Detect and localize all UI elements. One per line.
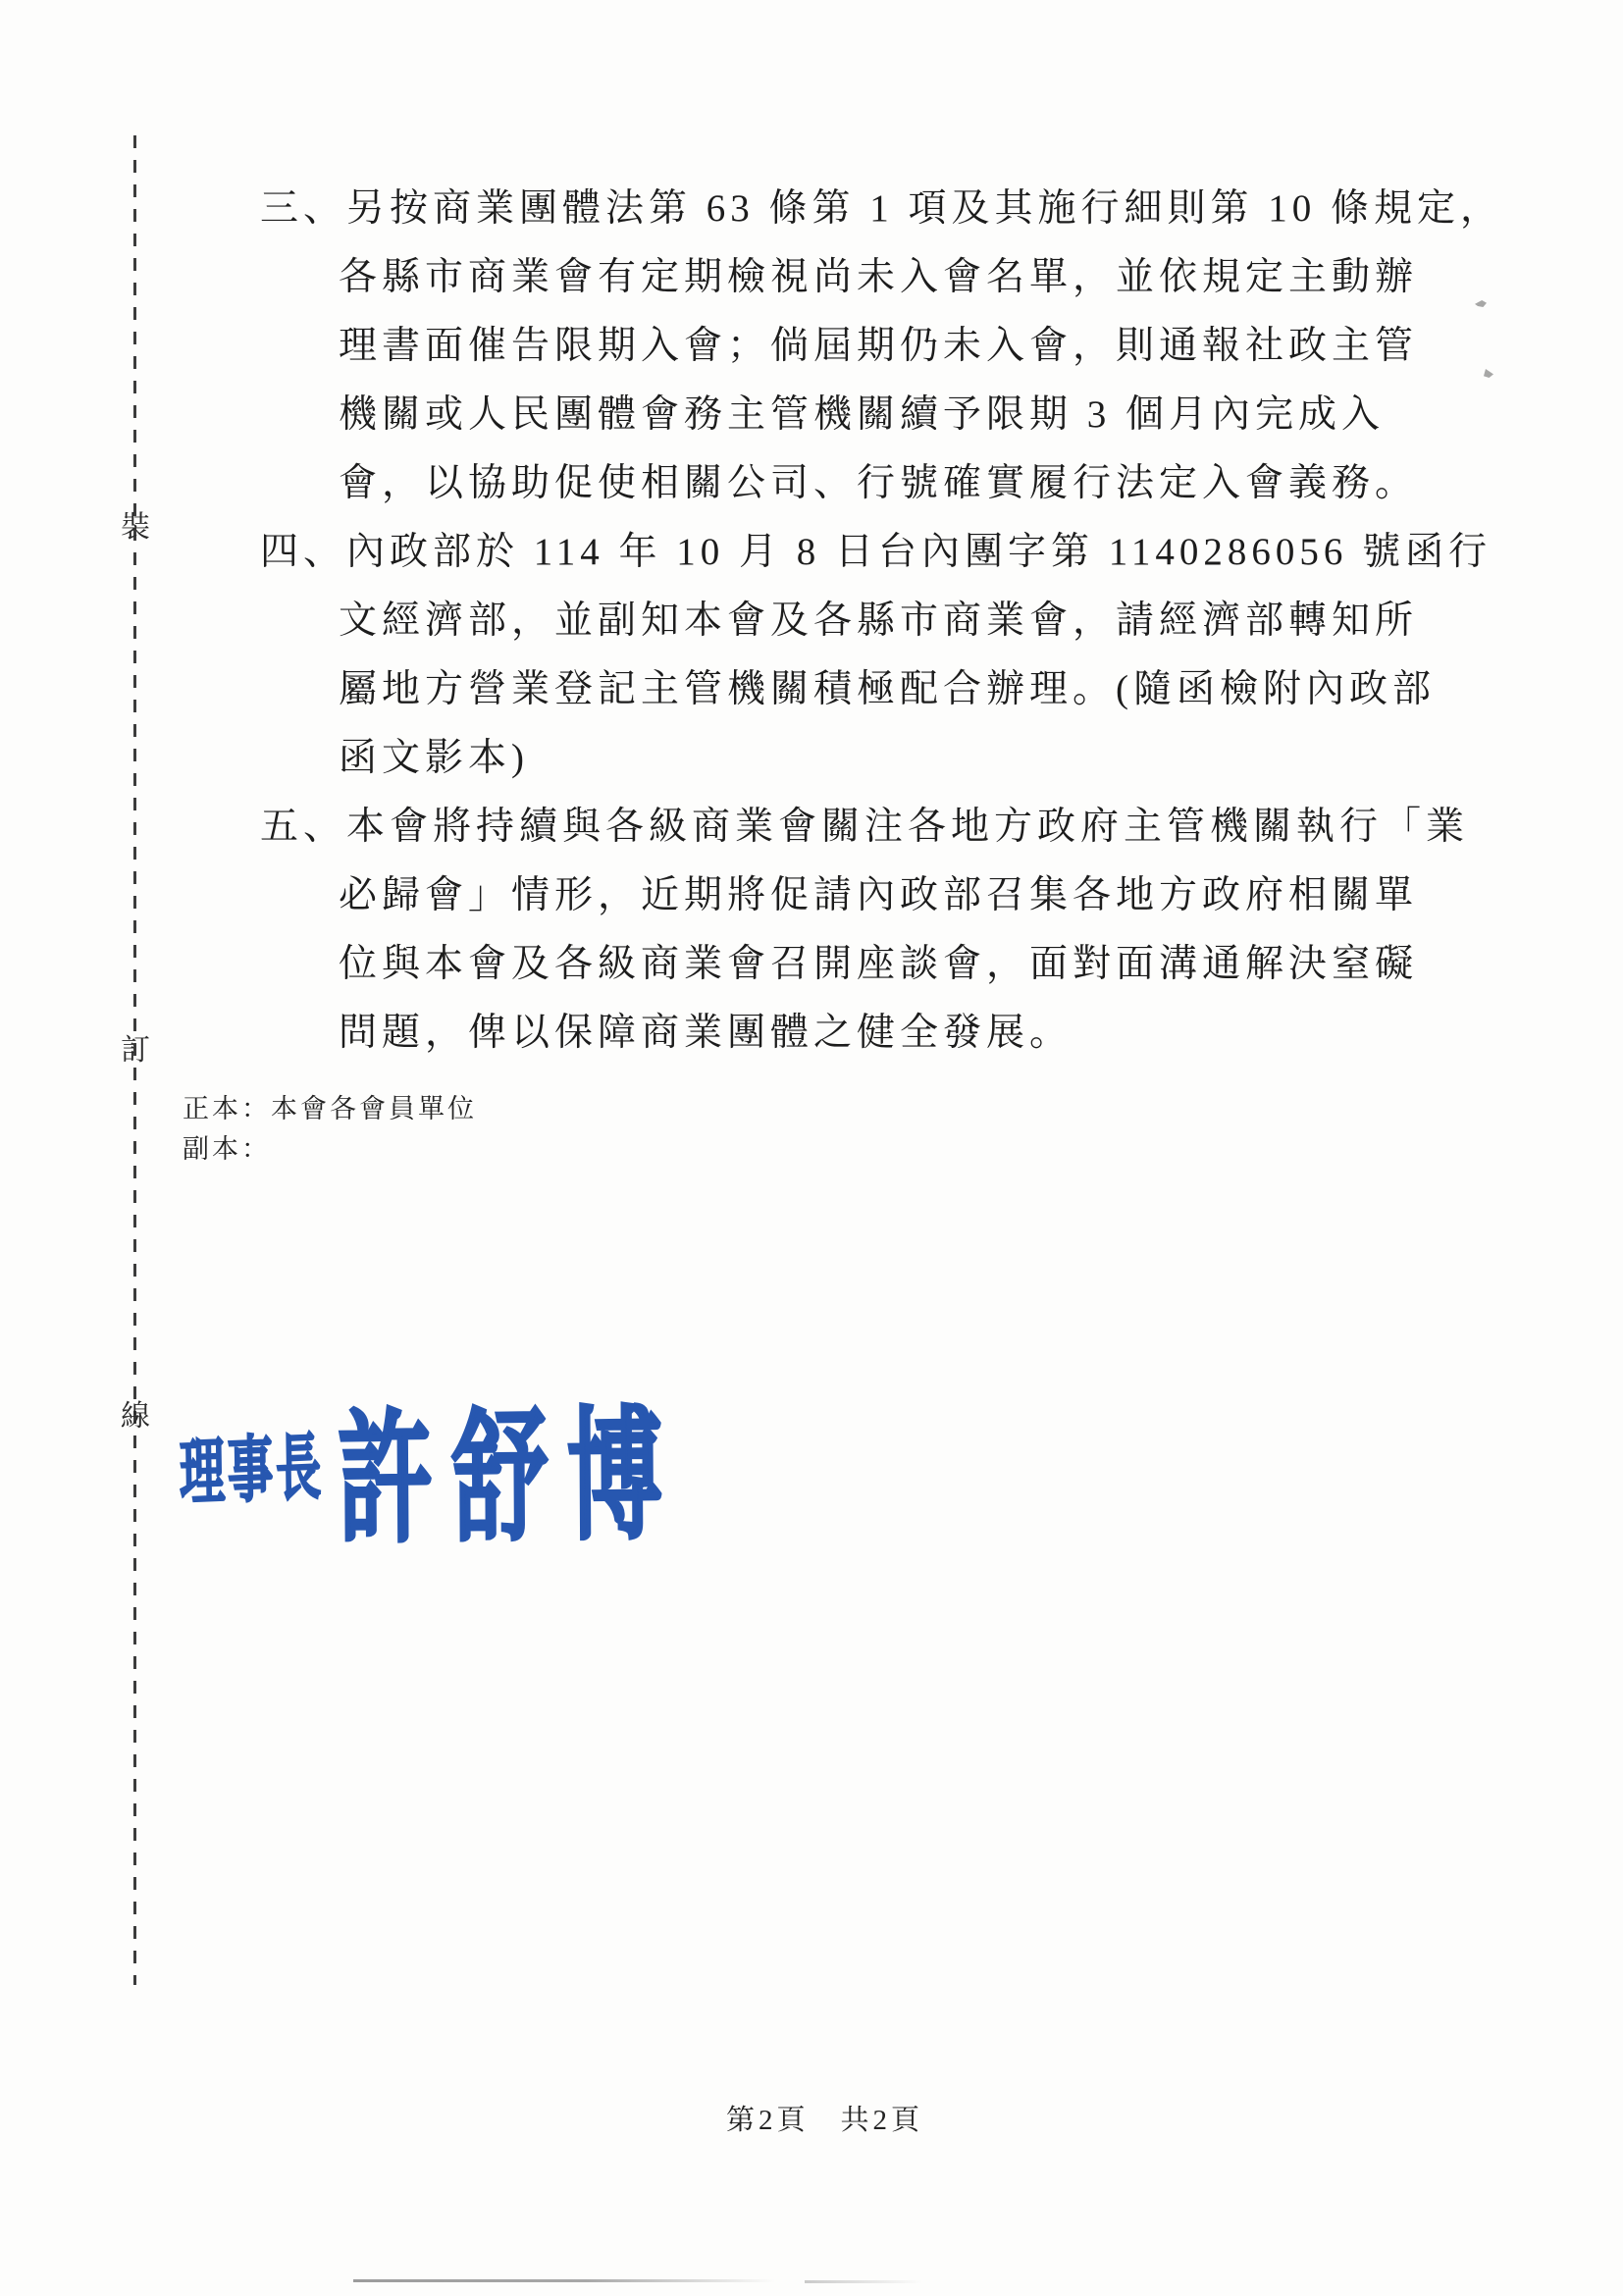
signature-name: 許舒博 [337,1360,682,1571]
signature-title: 理事長 [179,1410,325,1520]
body-text-line-text: 五、本會將持續與各級商業會關注各地方政府主管機關執行「業 [260,806,1469,848]
body-text-line: 屬地方營業登記主管機關積極配合辦理。(隨函檢附內政部 [260,655,1496,724]
document-body: 三、另按商業團體法第 63 條第 1 項及其施行細則第 10 條規定， 各縣市商… [260,175,1496,1068]
body-text-line-text: 四、內政部於 114 年 10 月 8 日台內團字第 1140286056 號函… [260,531,1492,573]
body-text-line-text: 機關或人民團體會務主管機關續予限期 3 個月內完成入 [339,393,1385,436]
scan-bottom-smear [805,2280,922,2283]
body-text-line-text: 必歸會」情形，近期將促請內政部召集各地方政府相關單 [339,874,1418,916]
distribution-original-line: 正本：本會各會員單位 [183,1089,477,1129]
body-text-line: 五、本會將持續與各級商業會關注各地方政府主管機關執行「業 [260,793,1496,861]
document-page: 裝 訂 線 三、另按商業團體法第 63 條第 1 項及其施行細則第 10 條規定… [0,0,1623,2296]
body-text-line-text: 位與本會及各級商業會召開座談會，面對面溝通解決窒礙 [339,943,1418,985]
chairman-signature: 理事長 許舒博 [180,1377,682,1553]
body-text-line-text: 屬地方營業登記主管機關積極配合辦理。(隨函檢附內政部 [339,668,1436,710]
body-text-line: 問題，俾以保障商業團體之健全發展。 [260,999,1496,1068]
body-text-line: 理書面催告限期入會；倘屆期仍未入會，則通報社政主管 [260,312,1496,381]
body-text-line: 各縣市商業會有定期檢視尚未入會名單，並依規定主動辦 [260,243,1496,312]
distribution-copy-line: 副本： [183,1129,477,1170]
body-text-line: 必歸會」情形，近期將促請內政部召集各地方政府相關單 [260,861,1496,930]
binding-mark-zhuang: 裝 [110,511,161,545]
page-footer: 第2頁 共2頁 [726,2098,923,2138]
body-text-line-text: 文經濟部，並副知本會及各縣市商業會，請經濟部轉知所 [339,600,1418,642]
body-text-line-text: 三、另按商業團體法第 63 條第 1 項及其施行細則第 10 條規定， [260,187,1503,230]
distribution-block: 正本：本會各會員單位 副本： [183,1089,477,1170]
footer-current-page: 第2頁 [726,2098,810,2138]
binding-mark-xian: 線 [110,1400,161,1434]
body-text-line: 機關或人民團體會務主管機關續予限期 3 個月內完成入 [260,381,1496,449]
body-text-line: 文經濟部，並副知本會及各縣市商業會，請經濟部轉知所 [260,587,1496,655]
body-text-line-text: 各縣市商業會有定期檢視尚未入會名單，並依規定主動辦 [339,256,1418,298]
body-text-line-text: 會，以協助促使相關公司、行號確實履行法定入會義務。 [339,462,1418,504]
footer-total-pages: 共2頁 [841,2098,924,2138]
scan-bottom-smear [353,2279,775,2282]
body-text-line: 函文影本) [260,724,1496,793]
body-text-line-text: 問題，俾以保障商業團體之健全發展。 [339,1012,1073,1054]
body-text-line: 三、另按商業團體法第 63 條第 1 項及其施行細則第 10 條規定， [260,175,1496,243]
body-text-line: 四、內政部於 114 年 10 月 8 日台內團字第 1140286056 號函… [260,518,1496,587]
body-text-line: 位與本會及各級商業會召開座談會，面對面溝通解決窒礙 [260,930,1496,999]
body-text-line-text: 函文影本) [339,737,529,779]
body-text-line-text: 理書面催告限期入會；倘屆期仍未入會，則通報社政主管 [339,325,1418,367]
body-text-line: 會，以協助促使相關公司、行號確實履行法定入會義務。 [260,449,1496,518]
binding-mark-ding: 訂 [110,1034,161,1068]
